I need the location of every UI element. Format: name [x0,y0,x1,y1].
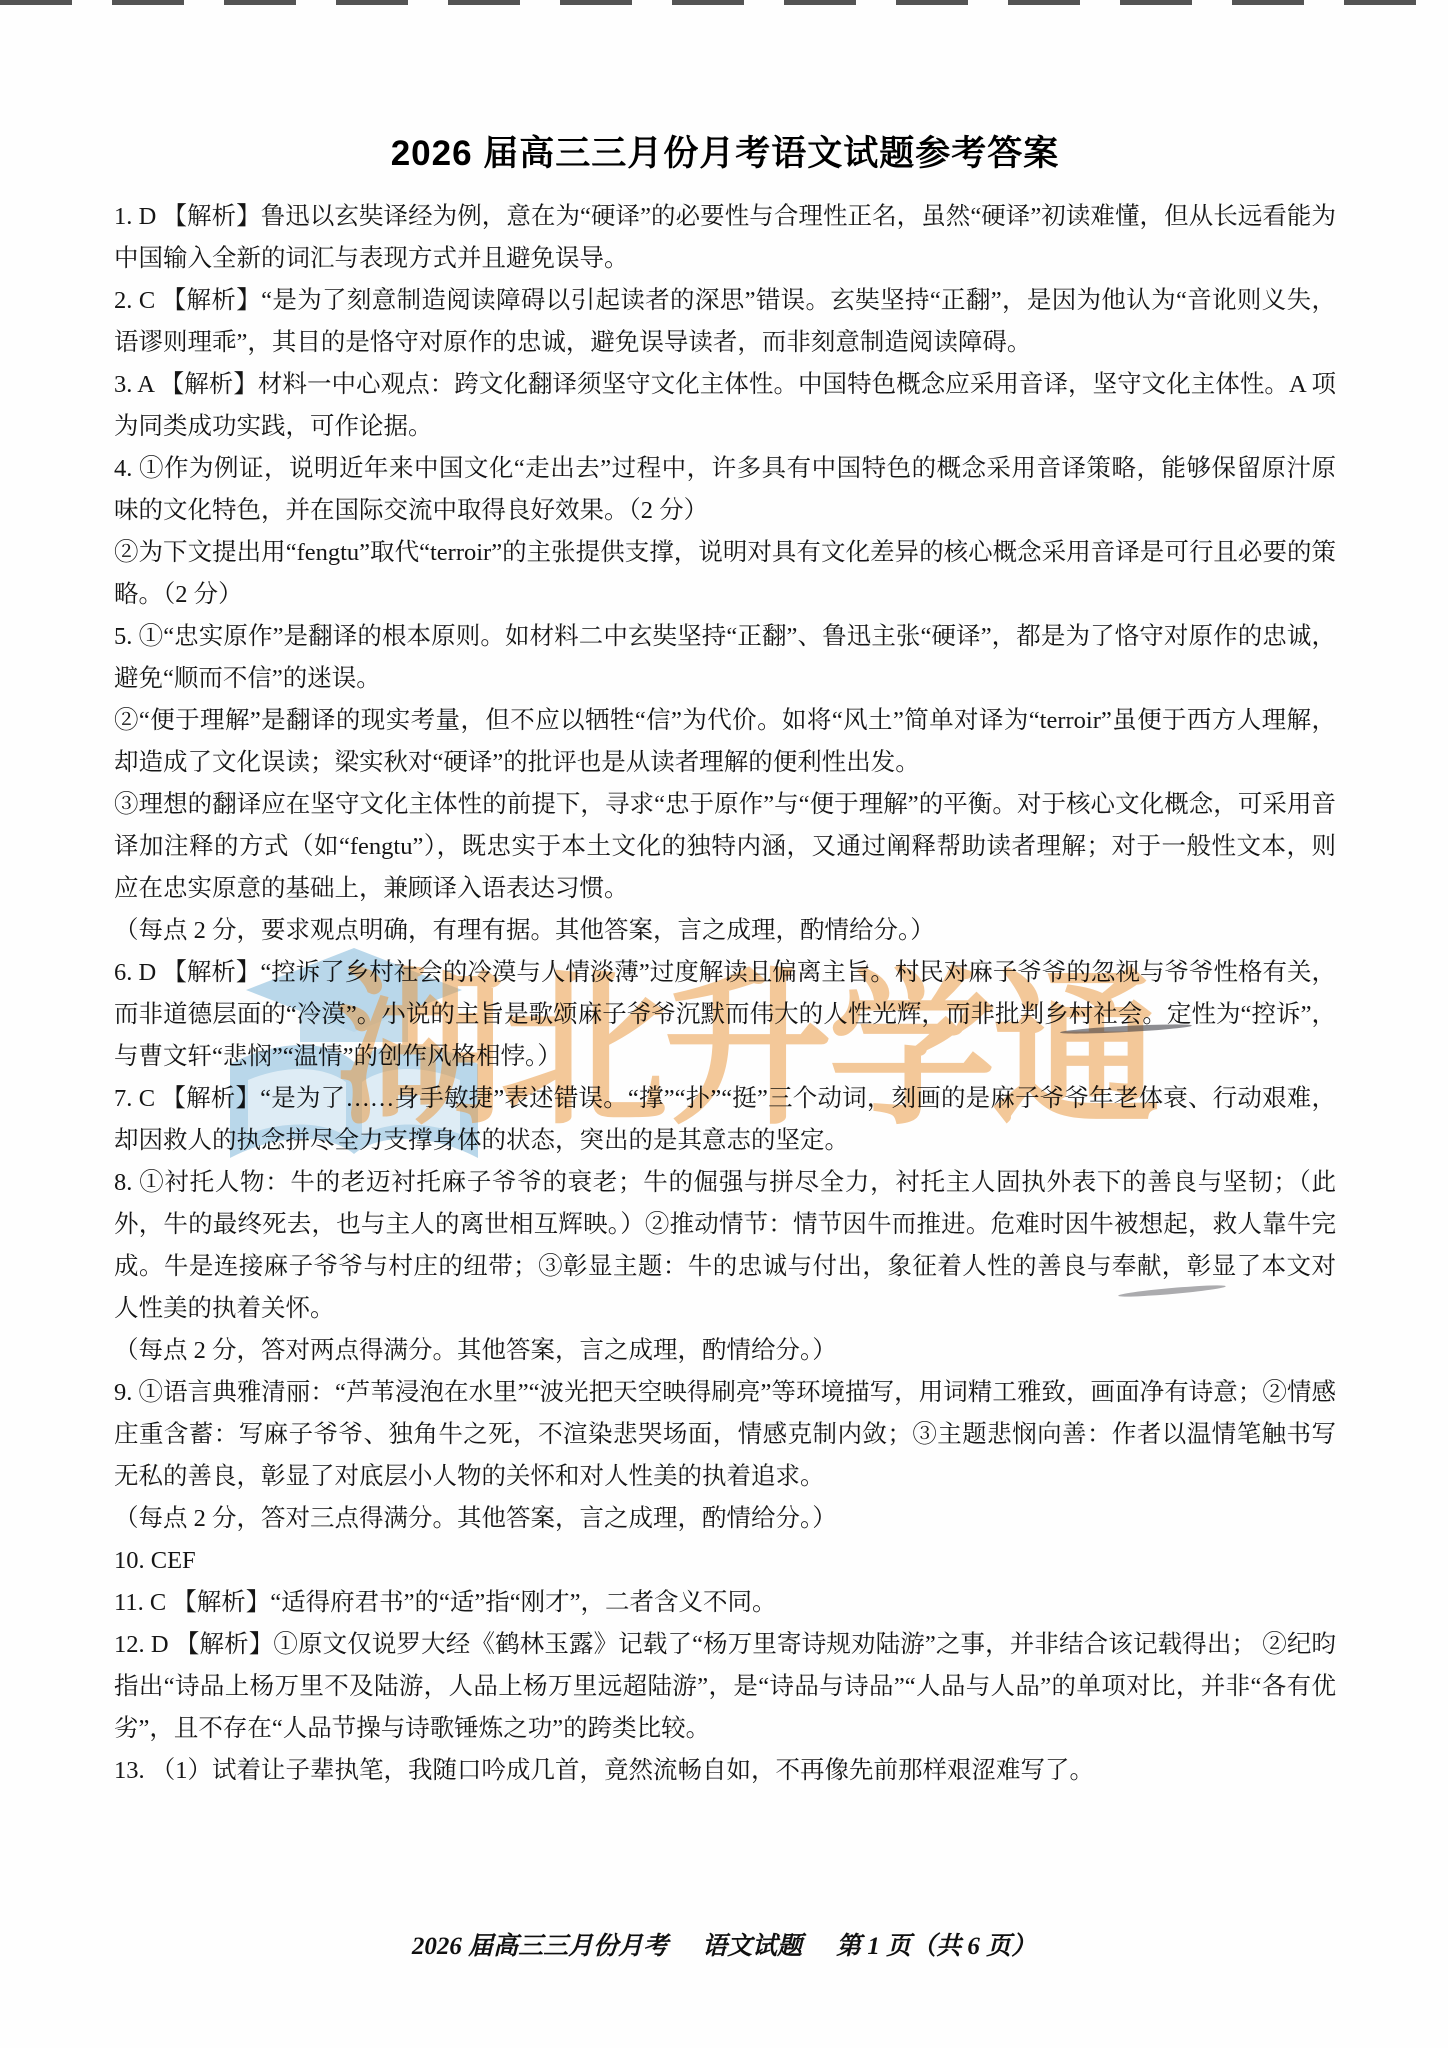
answer-paragraph: 6. D 【解析】“控诉了乡村社会的冷漠与人情淡薄”过度解读且偏离主旨。村民对麻… [114,952,1336,1078]
answers-list: 1. D 【解析】鲁迅以玄奘译经为例，意在为“硬译”的必要性与合理性正名，虽然“… [114,196,1336,1792]
answer-paragraph: 3. A 【解析】材料一中心观点：跨文化翻译须坚守文化主体性。中国特色概念应采用… [114,364,1336,448]
answer-paragraph: 11. C 【解析】“适得府君书”的“适”指“刚才”，二者含义不同。 [114,1582,1336,1624]
answer-paragraph: 4. ①作为例证，说明近年来中国文化“走出去”过程中，许多具有中国特色的概念采用… [114,448,1336,532]
answer-paragraph: 2. C 【解析】“是为了刻意制造阅读障碍以引起读者的深思”错误。玄奘坚持“正翻… [114,280,1336,364]
answer-paragraph: 9. ①语言典雅清丽：“芦苇浸泡在水里”“波光把天空映得刷亮”等环境描写，用词精… [114,1372,1336,1498]
answer-paragraph: 1. D 【解析】鲁迅以玄奘译经为例，意在为“硬译”的必要性与合理性正名，虽然“… [114,196,1336,280]
scan-edge-artifact [0,0,1448,5]
answer-paragraph: ②“便于理解”是翻译的现实考量，但不应以牺牲“信”为代价。如将“风土”简单对译为… [114,700,1336,784]
answer-paragraph: 12. D 【解析】①原文仅说罗大经《鹤林玉露》记载了“杨万里寄诗规劝陆游”之事… [114,1624,1336,1750]
answer-paragraph: （每点 2 分，要求观点明确，有理有据。其他答案，言之成理，酌情给分。） [114,910,1336,952]
page-footer: 2026 届高三三月份月考语文试题第 1 页（共 6 页） [0,1926,1448,1962]
answer-sheet-content: 2026 届高三三月份月考语文试题参考答案 1. D 【解析】鲁迅以玄奘译经为例… [114,126,1336,1792]
answer-paragraph: 8. ①衬托人物：牛的老迈衬托麻子爷爷的衰老；牛的倔强与拼尽全力，衬托主人固执外… [114,1162,1336,1330]
footer-exam-name: 2026 届高三三月份月考 [412,1933,668,1960]
answer-paragraph: ③理想的翻译应在坚守文化主体性的前提下，寻求“忠于原作”与“便于理解”的平衡。对… [114,784,1336,910]
answer-paragraph: ②为下文提出用“fengtu”取代“terroir”的主张提供支撑，说明对具有文… [114,532,1336,616]
answer-paragraph: 13. （1）试着让子辈执笔，我随口吟成几首，竟然流畅自如，不再像先前那样艰涩难… [114,1750,1336,1792]
footer-subject: 语文试题 [702,1933,802,1960]
answer-paragraph: 7. C 【解析】“是为了……身手敏捷”表述错误。“撑”“扑”“挺”三个动词，刻… [114,1078,1336,1162]
answer-paragraph: 10. CEF [114,1540,1336,1582]
document-page: 湖北升学通 2026 届高三三月份月考语文试题参考答案 1. D 【解析】鲁迅以… [0,0,1448,2048]
answer-paragraph: （每点 2 分，答对三点得满分。其他答案，言之成理，酌情给分。） [114,1498,1336,1540]
footer-page-number: 第 1 页（共 6 页） [836,1933,1036,1960]
answer-paragraph: 5. ①“忠实原作”是翻译的根本原则。如材料二中玄奘坚持“正翻”、鲁迅主张“硬译… [114,616,1336,700]
page-title: 2026 届高三三月份月考语文试题参考答案 [114,126,1336,176]
answer-paragraph: （每点 2 分，答对两点得满分。其他答案，言之成理，酌情给分。） [114,1330,1336,1372]
